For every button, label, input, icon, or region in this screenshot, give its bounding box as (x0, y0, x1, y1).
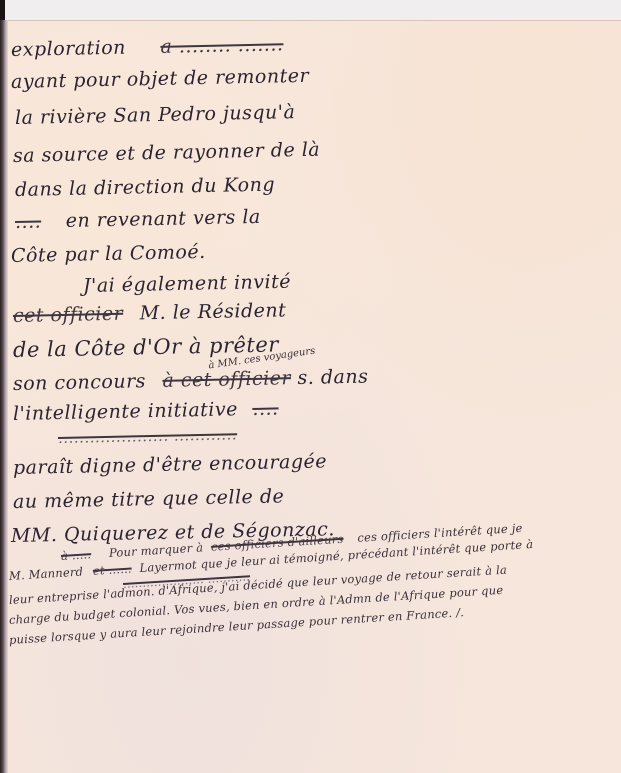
line-text: en revenant vers la (65, 206, 260, 232)
struck-text: à cet officier (162, 367, 291, 392)
line-text: son concours (13, 370, 146, 395)
struck-text: .... (252, 397, 279, 420)
main-line-11: son concours à cet officier s. dans (13, 366, 369, 395)
line-text: l'intelligente initiative (13, 398, 238, 425)
line-text: sa source et de rayonner de là (13, 139, 321, 167)
main-line-2: ayant pour objet de remonter (11, 65, 310, 93)
struck-text: .... (15, 210, 42, 233)
main-line-8: J'ai également invité (83, 271, 291, 297)
struck-text: cet officier (13, 303, 124, 327)
main-line-1: exploration a ........ ....... (11, 33, 284, 61)
line-text: paraît digne d'être encouragée (13, 450, 327, 479)
line-text: M. le Résident (139, 299, 286, 324)
line-text: M. Mannerd (9, 564, 84, 583)
main-line-3: la rivière San Pedro jusqu'à (15, 101, 296, 129)
binding-edge-shadow (0, 20, 8, 773)
line-text: la rivière San Pedro jusqu'à (15, 101, 296, 129)
main-line-4: sa source et de rayonner de là (13, 139, 321, 167)
scan-corner-shadow (0, 0, 5, 21)
line-text: J'ai également invité (83, 271, 291, 297)
main-line-6: .... en revenant vers la (15, 206, 261, 233)
struck-text: et ...... (92, 562, 132, 578)
manuscript-page: exploration a ........ ....... ayant pou… (3, 20, 621, 773)
main-line-5: dans la direction du Kong (15, 174, 275, 201)
line-text: ayant pour objet de remonter (11, 65, 310, 93)
main-line-14: paraît digne d'être encouragée (13, 450, 327, 479)
struck-text: à ..... (61, 547, 92, 563)
main-line-7: Côte par la Comoé. (11, 241, 206, 267)
main-line-9: cet officier M. le Résident (13, 299, 287, 327)
main-line-13-struck: ..................... ............ (58, 423, 238, 449)
line-text-after: s. dans (297, 366, 368, 389)
struck-text: a ........ ....... (160, 33, 283, 58)
line-text: dans la direction du Kong (15, 174, 275, 201)
main-line-15: au même titre que celle de (13, 485, 285, 513)
scanned-manuscript: exploration a ........ ....... ayant pou… (0, 0, 621, 773)
main-line-12: l'intelligente initiative .... (13, 397, 279, 425)
scan-top-margin (0, 0, 621, 21)
struck-text: ..................... ............ (58, 425, 237, 447)
line-text: exploration (11, 37, 126, 61)
line-text: Côte par la Comoé. (11, 241, 206, 267)
line-text: au même titre que celle de (13, 485, 285, 513)
